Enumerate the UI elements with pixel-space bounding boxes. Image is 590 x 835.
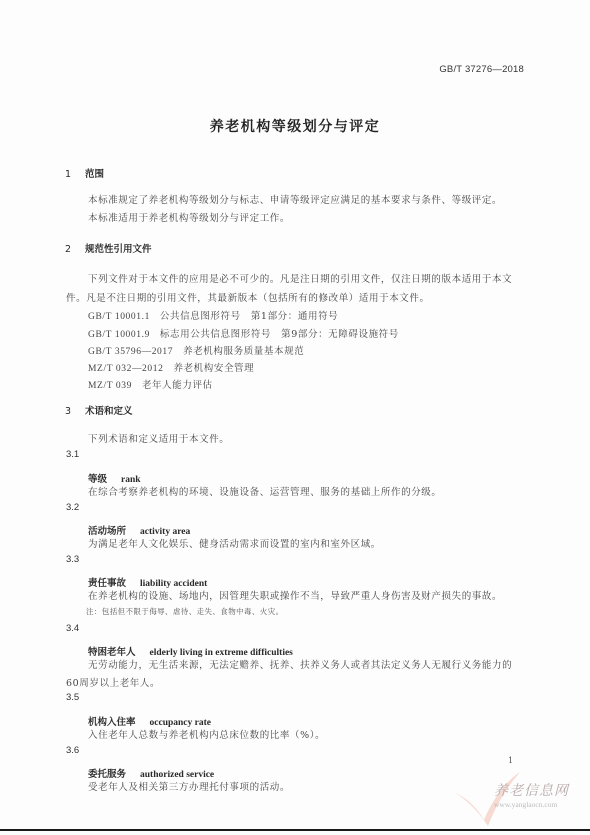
section-title: 范围 [85, 169, 104, 180]
section-title: 规范性引用文件 [85, 244, 152, 255]
watermark: 养老信息网 www.yanglaocn.com [452, 770, 587, 830]
clause-number: 3.3 [66, 554, 79, 565]
term-definition: 受老年人及相关第三方办理托付事项的活动。 [88, 779, 290, 793]
section-number: 1 [65, 169, 85, 180]
scope-paragraph-1: 本标准规定了养老机构等级划分与标志、申请等级评定应满足的基本要求与条件、等级评定… [88, 192, 502, 206]
scope-paragraph-2: 本标准适用于养老机构等级划分与评定工作。 [88, 210, 290, 224]
clause-number: 3.2 [66, 502, 79, 513]
terms-intro: 下列术语和定义适用于本文件。 [88, 431, 229, 445]
term-definition: 在养老机构的设施、场地内，因管理失职或操作不当，导致严重人身伤害及财产损失的事故… [88, 588, 502, 602]
section-1-heading: 1范围 [65, 166, 104, 180]
reference-item: GB/T 10001.9标志用公共信息图形符号 第9部分：无障碍设施符号 [88, 326, 399, 340]
term-definition: 在综合考察养老机构的环境、设施设备、运营管理、服务的基础上所作的分级。 [88, 484, 442, 498]
reference-title: 老年人能力评估 [142, 380, 213, 391]
section-2-heading: 2规范性引用文件 [65, 241, 152, 255]
reference-item: GB/T 35796—2017养老机构服务质量基本规范 [88, 343, 304, 357]
reference-title: 养老机构服务质量基本规范 [183, 346, 304, 357]
section-title: 术语和定义 [85, 406, 133, 417]
clause-number: 3.4 [66, 623, 79, 634]
reference-code: MZ/T 039 [88, 381, 132, 391]
reference-title: 公共信息图形符号 第1部分：通用符号 [160, 311, 338, 322]
term-definition: 入住老年人总数与养老机构内总床位数的比率（%）。 [88, 727, 325, 741]
watermark-brand: 养老信息网 [494, 780, 569, 800]
document-title: 养老机构等级划分与评定 [0, 116, 590, 136]
section-3-heading: 3术语和定义 [65, 403, 133, 417]
term-note: 注：包括但不限于侮辱、虐待、走失、食物中毒、火灾。 [86, 606, 284, 617]
term-definition-line-2: 60周岁以上老年人。 [66, 675, 160, 689]
reference-item: MZ/T 039老年人能力评估 [88, 377, 213, 391]
standard-code: GB/T 37276—2018 [439, 64, 524, 75]
watermark-url: www.yanglaocn.com [494, 800, 557, 809]
section-number: 2 [65, 244, 85, 255]
section-number: 3 [65, 406, 85, 417]
reference-code: GB/T 35796—2017 [88, 347, 173, 357]
references-intro-line-2: 件。凡是不注日期的引用文件，其最新版本（包括所有的修改单）适用于本文件。 [66, 290, 430, 304]
term-definition-line-1: 无劳动能力，无生活来源，无法定赡养、抚养、扶养义务人或者其法定义务人无履行义务能… [88, 657, 512, 671]
references-intro-line-1: 下列文件对于本文件的应用是必不可少的。凡是注日期的引用文件，仅注日期的版本适用于… [88, 271, 512, 285]
page-number: 1 [508, 756, 513, 765]
clause-number: 3.6 [66, 745, 79, 756]
document-page: GB/T 37276—2018 养老机构等级划分与评定 1范围 本标准规定了养老… [0, 0, 590, 835]
clause-number: 3.5 [66, 692, 79, 703]
term-definition: 为满足老年人文化娱乐、健身活动需求而设置的室内和室外区域。 [88, 536, 381, 550]
reference-code: GB/T 10001.1 [88, 312, 150, 322]
reference-title: 养老机构安全管理 [173, 363, 254, 374]
reference-code: MZ/T 032—2012 [88, 364, 163, 374]
reference-item: GB/T 10001.1公共信息图形符号 第1部分：通用符号 [88, 308, 338, 322]
reference-code: GB/T 10001.9 [88, 330, 150, 340]
clause-number: 3.1 [66, 449, 79, 460]
bottom-border-line [0, 829, 590, 831]
reference-title: 标志用公共信息图形符号 第9部分：无障碍设施符号 [160, 329, 399, 340]
reference-item: MZ/T 032—2012养老机构安全管理 [88, 360, 254, 374]
